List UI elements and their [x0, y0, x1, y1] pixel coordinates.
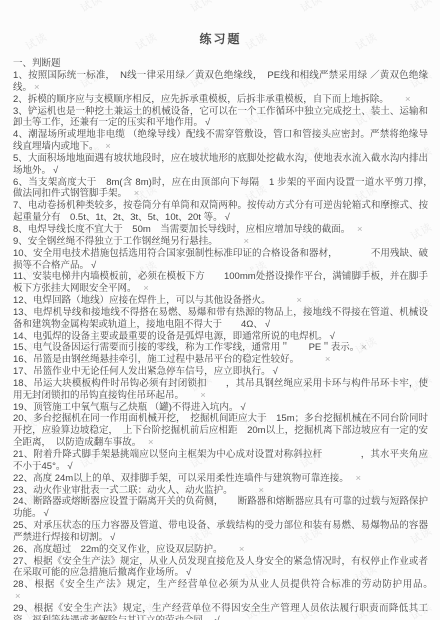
question-text: 26、高度超过 22m的交叉作业，应设双层防护。 [13, 544, 237, 555]
answer-mark: √ [65, 461, 72, 472]
question-text: 3、铲运机也是一种挖土兼运土的机械设备，它可以在一个工作循环中独立完成挖土、装土… [13, 106, 428, 129]
answer-mark: √ [51, 165, 58, 176]
question-text: 29、根据《安全生产法》规定，生产经营单位不得因安全生产管理人员依法履行职责而降… [13, 603, 428, 620]
answer-mark: √ [42, 508, 49, 519]
question-text: 16、吊篮是由钢丝绳悬挂牵引，施工过程中悬吊平台的稳定性较好。 [13, 354, 323, 365]
question-text: 4、潮湿场所或埋地非电缆 （绝缘导线）配线不需穿管敷设，管口和管接头应密封。严禁… [13, 129, 428, 152]
question-item: 17、吊篮作业中无论任何人发出紧急停车信号，应立即执行。√ [13, 366, 428, 378]
question-text: 14、电弧焊的设备主要或最重要的设备是弧焊电源，即通常所说的电焊机。 [13, 331, 328, 342]
question-item: 25、对承压状态的压力容器及管道、带电设备、承载结构的受力部位和装有易燃、易爆物… [13, 520, 428, 544]
question-item: 6、当支架高度大于 8m(含 8m)时，应在由顶部向下每隔 1 步架的平面内设置… [13, 177, 428, 201]
answer-mark: √ [89, 260, 96, 271]
answer-mark: √ [108, 532, 115, 543]
question-text: 18、吊运大块模板构件时吊钩必须有封闭锁扣 ，其吊具钢丝绳应采用卡环与构件吊环卡… [13, 378, 428, 401]
question-text: 22、高度 24m以上的单、双排脚手架，可以采用柔性连墙件与建筑物可靠连接。 [13, 473, 353, 484]
question-text: 9、安全钢丝绳不得独立于工作钢丝绳另行悬挂。 [13, 236, 242, 247]
question-text: 25、对承压状态的压力容器及管道、带电设备、承载结构的受力部位和装有易燃、易爆物… [13, 520, 428, 543]
question-item: 3、铲运机也是一种挖土兼运土的机械设备，它可以在一个工作循环中独立完成挖土、装土… [13, 106, 428, 130]
question-item: 16、吊篮是由钢丝绳悬挂牵引，施工过程中悬吊平台的稳定性较好。 × [13, 354, 428, 366]
question-item: 19、顶管施工中氧气瓶与乙炔瓶 （罐)不得进入坑内。√ [13, 402, 428, 414]
answer-mark: × [323, 354, 331, 365]
answer-mark: × [146, 437, 154, 448]
answer-mark: √ [328, 331, 335, 342]
question-item: 28、根据《安全生产法》规定，生产经营单位必须为从业人员提供符合标准的劳动防护用… [13, 579, 428, 603]
answer-mark: × [198, 390, 206, 401]
question-item: 5、大面积场地地面遇有坡状地段时，应在坡状地形的底脚处挖截水沟，使地表水流入截水… [13, 153, 428, 177]
document-content: 练习题 一、判断题 1、按照国际统一标准， N线一律采用绿／黄双色绝缘线， PE… [0, 0, 440, 620]
question-text: 27、根据《安全生产法》规定，从业人员发现直接危及人身安全的紧急情况时，有权停止… [13, 556, 428, 579]
question-text: 13、电焊机导线和接地线不得搭在易燃、易爆和带有热源的物品上，接地线不得接在管道… [13, 307, 428, 330]
answer-mark: √ [203, 117, 210, 128]
question-item: 22、高度 24m以上的单、双排脚手架，可以采用柔性连墙件与建筑物可靠连接。 × [13, 473, 428, 485]
question-text: 10、安全用电技术措施包括选用符合国家强制性标准印证的合格设备和器材， 不用残缺… [13, 248, 428, 271]
answer-mark: × [132, 188, 140, 199]
question-item: 14、电弧焊的设备主要或最重要的设备是弧焊电源，即通常所说的电焊机。√ [13, 331, 428, 343]
question-item: 15、电气设备因运行需要而引接的零线，称为工作零线，通常用＂ PE＂表示。× [13, 342, 428, 354]
section-heading: 一、判断题 [13, 55, 428, 69]
page-title: 练习题 [13, 30, 428, 47]
question-item: 1、按照国际统一标准， N线一律采用绿／黄双色绝缘线， PE线和相线严禁采用绿 … [13, 70, 428, 94]
answer-mark: × [237, 544, 245, 555]
answer-mark: × [103, 141, 111, 152]
answer-mark: × [359, 342, 367, 353]
question-item: 2、拆模的顺序应与支模顺序相反，应先拆承重模板，后拆非承重模板，自下而上地拆除。… [13, 94, 428, 106]
question-item: 24、断路器或熔断器应设置于隔离开关的负荷侧， 断路器和熔断器应具有可靠的过载与… [13, 496, 428, 520]
answer-mark: × [294, 295, 302, 306]
question-text: 28、根据《安全生产法》规定，生产经营单位必须为从业人员提供符合标准的劳动防护用… [13, 579, 440, 590]
question-text: 21、附着升降式脚手架悬挑端应以竖向主框架为中心成对设置对称斜拉杆 ，其水平夹角… [13, 449, 428, 472]
question-item: 8、电焊导线长度不宜大于 50m 当需要加长导线时，应相应增加导线的截面。 × [13, 224, 428, 236]
answer-mark: √ [271, 366, 278, 377]
question-item: 12、电焊回路（地线）应接在焊件上，可以与其他设备搭火。 × [13, 295, 428, 307]
question-text: 20、多台挖掘机在同一作用面机械开挖， 挖掘机间距应大于 15m；多台挖掘机械在… [13, 413, 428, 448]
answer-mark: × [141, 283, 149, 294]
answer-mark: √ [184, 567, 191, 578]
question-item: 29、根据《安全生产法》规定，生产经营单位不得因安全生产管理人员依法履行职责而降… [13, 603, 428, 620]
question-text: 1、按照国际统一标准， N线一律采用绿／黄双色绝缘线， PE线和相线严禁采用绿 … [13, 70, 428, 93]
answer-mark: × [242, 236, 250, 247]
question-text: 23、动火作业审批表一式二联：动火人、动火监护。 [13, 485, 256, 496]
question-item: 27、根据《安全生产法》规定，从业人员发现直接危及人身安全的紧急情况时，有权停止… [13, 556, 428, 580]
answer-mark: × [403, 94, 411, 105]
answer-mark: √ [213, 615, 220, 620]
question-text: 8、电焊导线长度不宜大于 50m 当需要加长导线时，应相应增加导线的截面。 [13, 224, 355, 235]
answer-mark: √ [238, 402, 245, 413]
question-item: 20、多台挖掘机在同一作用面机械开挖， 挖掘机间距应大于 15m；多台挖掘机械在… [13, 413, 428, 449]
question-item: 10、安全用电技术措施包括选用符合国家强制性标准印证的合格设备和器材， 不用残缺… [13, 248, 428, 272]
question-item: 9、安全钢丝绳不得独立于工作钢丝绳另行悬挂。 × [13, 236, 428, 248]
question-text: 24、断路器或熔断器应设置于隔离开关的负荷侧， 断路器和熔断器应具有可靠的过载与… [13, 496, 428, 519]
question-text: 12、电焊回路（地线）应接在焊件上，可以与其他设备搭火。 [13, 295, 294, 306]
question-item: 21、附着升降式脚手架悬挑端应以竖向主框架为中心成对设置对称斜拉杆 ，其水平夹角… [13, 449, 428, 473]
question-text: 6、当支架高度大于 8m(含 8m)时，应在由顶部向下每隔 1 步架的平面内设置… [13, 177, 438, 200]
answer-mark: × [13, 591, 21, 602]
document-page: 试读试读试读试读试读试读试读试读试读试读试读试读试读试读试读试读试读试读试读试读… [0, 0, 440, 620]
question-item: 11、安装电梯井内墙模板前，必须在模板下方 100mm处搭设操作平台，满铺脚手板… [13, 271, 428, 295]
answer-mark: × [32, 82, 40, 93]
question-item: 7、电动卷扬机种类较多，按卷筒分有单筒和双筒两种。按传动方式分有可逆齿轮箱式和摩… [13, 200, 428, 224]
question-text: 7、电动卷扬机种类较多，按卷筒分有单筒和双筒两种。按传动方式分有可逆齿轮箱式和摩… [13, 200, 428, 223]
question-item: 13、电焊机导线和接地线不得搭在易燃、易爆和带有热源的物品上，接地线不得接在管道… [13, 307, 428, 331]
question-text: 2、拆模的顺序应与支模顺序相反，应先拆承重模板，后拆非承重模板，自下而上地拆除。 [13, 94, 403, 105]
question-item: 4、潮湿场所或埋地非电缆 （绝缘导线）配线不需穿管敷设，管口和管接头应密封。严禁… [13, 129, 428, 153]
question-item: 18、吊运大块模板构件时吊钩必须有封闭锁扣 ，其吊具钢丝绳应采用卡环与构件吊环卡… [13, 378, 428, 402]
question-item: 23、动火作业审批表一式二联：动火人、动火监护。 × [13, 485, 428, 497]
answer-mark: √ [263, 319, 270, 330]
answer-mark: × [355, 224, 363, 235]
answer-mark: × [256, 485, 264, 496]
question-list: 1、按照国际统一标准， N线一律采用绿／黄双色绝缘线， PE线和相线严禁采用绿 … [13, 70, 428, 620]
question-text: 11、安装电梯井内墙模板前，必须在模板下方 100mm处搭设操作平台，满铺脚手板… [13, 271, 428, 294]
question-text: 5、大面积场地地面遇有坡状地段时，应在坡状地形的底脚处挖截水沟，使地表水流入截水… [13, 153, 428, 176]
question-item: 26、高度超过 22m的交叉作业，应设双层防护。 × [13, 544, 428, 556]
question-text: 17、吊篮作业中无论任何人发出紧急停车信号，应立即执行。 [13, 366, 271, 377]
answer-mark: √ [223, 212, 230, 223]
answer-mark: × [353, 473, 361, 484]
question-text: 15、电气设备因运行需要而引接的零线，称为工作零线，通常用＂ PE＂表示。 [13, 342, 359, 353]
question-text: 19、顶管施工中氧气瓶与乙炔瓶 （罐)不得进入坑内。 [13, 402, 238, 413]
